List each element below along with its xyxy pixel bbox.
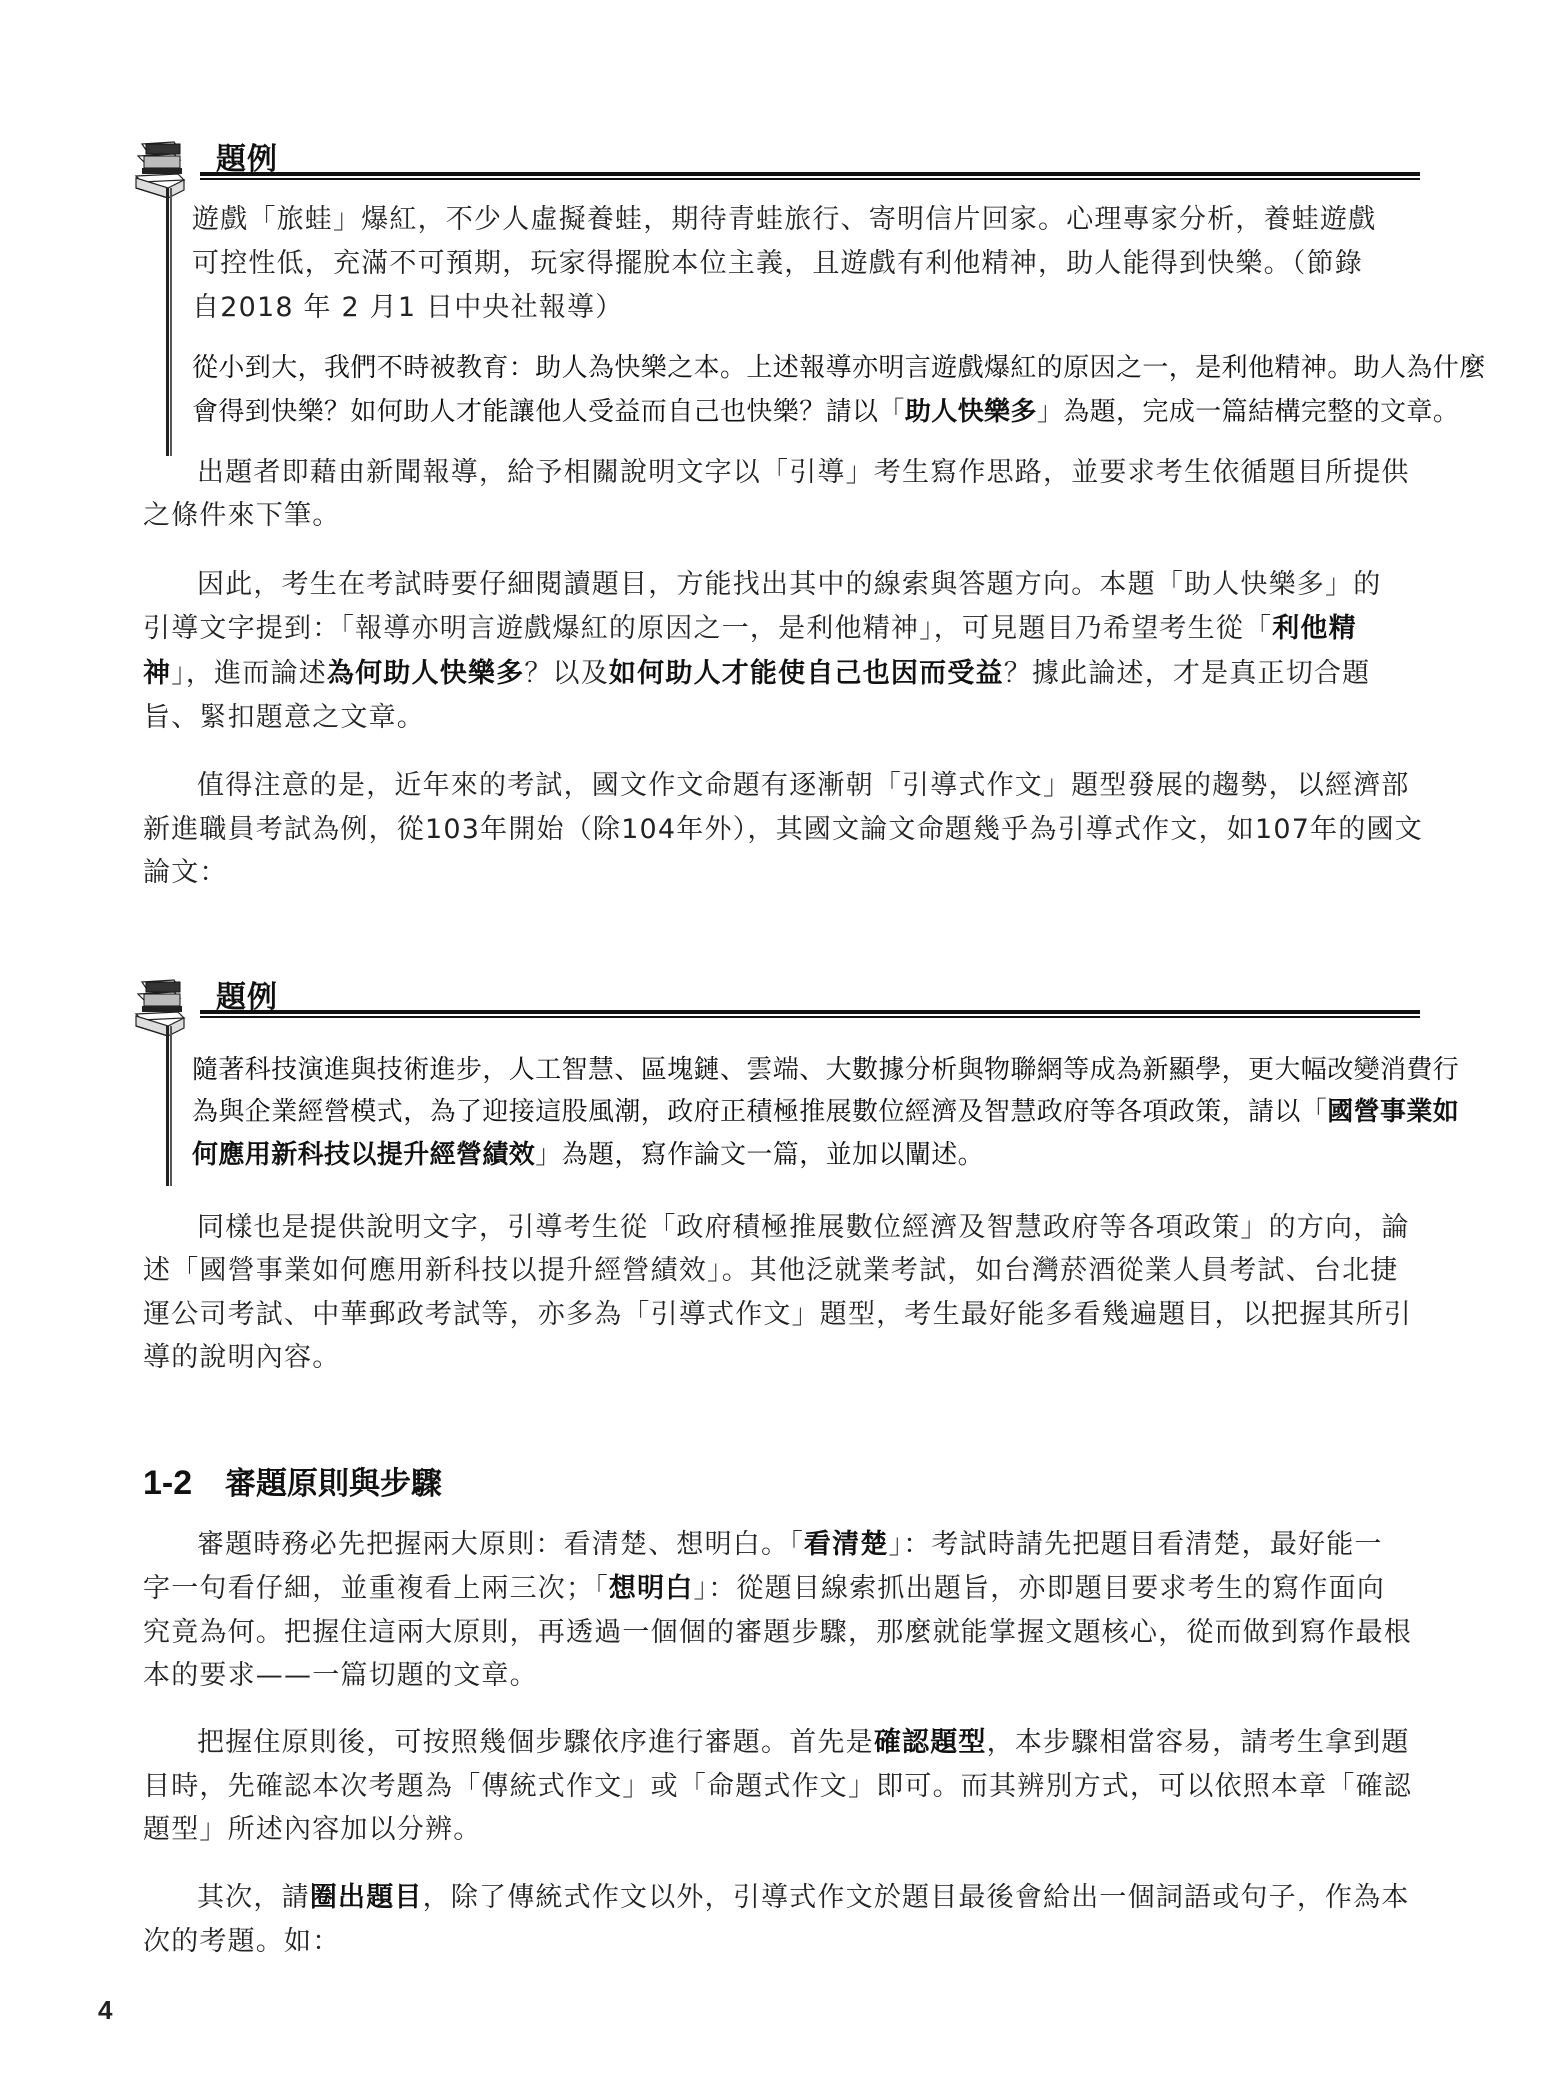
emphasis: 圈出題目 bbox=[310, 1882, 423, 1913]
emphasis: 神 bbox=[143, 658, 171, 689]
emphasis-topic: 國營事業如 bbox=[1327, 1097, 1459, 1127]
text-run: 為與企業經營模式，為了迎接這股風潮，政府正積極推展數位經濟及智慧政府等各項政策，… bbox=[192, 1097, 1327, 1127]
paragraph-line: 導的說明內容。 bbox=[143, 1340, 340, 1376]
paragraph-line: 旨、緊扣題意之文章。 bbox=[143, 700, 425, 736]
paragraph-line: 把握住原則後，可按照幾個步驟依序進行審題。首先是確認題型，本步驟相當容易，請考生… bbox=[197, 1725, 1410, 1761]
text-run: 把握住原則後，可按照幾個步驟依序進行審題。首先是 bbox=[197, 1727, 874, 1758]
emphasis: 確認題型 bbox=[874, 1727, 987, 1758]
paragraph-line: 之條件來下筆。 bbox=[143, 498, 340, 534]
paragraph-line: 值得注意的是，近年來的考試，國文作文命題有逐漸朝「引導式作文」題型發展的趨勢，以… bbox=[197, 768, 1410, 804]
book-stack-icon bbox=[134, 976, 204, 1038]
paragraph-line: 引導文字提到：「報導亦明言遊戲爆紅的原因之一，是利他精神」，可見題目乃希望考生從… bbox=[143, 611, 1357, 647]
emphasis: 利他精 bbox=[1272, 613, 1357, 644]
paragraph-line: 題型」所述內容加以分辨。 bbox=[143, 1812, 481, 1848]
header-rule bbox=[200, 172, 1420, 176]
text-run: 會得到快樂？如何助人才能讓他人受益而自己也快樂？請以「 bbox=[192, 397, 905, 427]
text-run: ，除了傳統式作文以外，引導式作文於題目最後會給出一個詞語或句子，作為本 bbox=[423, 1882, 1410, 1913]
emphasis-topic: 助人快樂多 bbox=[905, 397, 1037, 427]
text-run: 」：從題目線索抓出題旨，亦即題目要求考生的寫作面向 bbox=[694, 1573, 1386, 1604]
header-rule-thin bbox=[200, 1016, 1420, 1018]
example-box-2: 題例 隨著科技演進與技術進步，人工智慧、區塊鏈、雲端、大數據分析與物聯網等成為新… bbox=[130, 968, 1420, 1198]
text-run: 字一句看仔細，並重複看上兩三次；「 bbox=[143, 1573, 609, 1604]
example-box-1: 題例 遊戲「旅蛙」爆紅，不少人虛擬養蛙，期待青蛙旅行、寄明信片回家。心理專家分析… bbox=[130, 130, 1420, 440]
example-header: 題例 bbox=[130, 968, 1420, 1028]
header-rule-thin bbox=[200, 178, 1420, 180]
text-run: 其次，請 bbox=[197, 1882, 310, 1913]
text-run: 審題時務必先把握兩大原則：看清楚、想明白。「 bbox=[197, 1529, 804, 1560]
text-run: 」為題，完成一篇結構完整的文章。 bbox=[1037, 397, 1459, 427]
passage-line: 自2018 年 2 月1 日中央社報導） bbox=[192, 290, 623, 326]
text-run: ，本步驟相當容易，請考生拿到題 bbox=[987, 1727, 1410, 1758]
question-line: 會得到快樂？如何助人才能讓他人受益而自己也快樂？請以「助人快樂多」為題，完成一篇… bbox=[192, 394, 1459, 430]
paragraph-line: 出題者即藉由新聞報導，給予相關說明文字以「引導」考生寫作思路，並要求考生依循題目… bbox=[197, 455, 1410, 491]
emphasis-topic: 何應用新科技以提升經營績效 bbox=[192, 1140, 535, 1170]
text-run: 」，進而論述 bbox=[171, 658, 327, 689]
passage-line: 可控性低，充滿不可預期，玩家得擺脫本位主義，且遊戲有利他精神，助人能得到快樂。（… bbox=[192, 246, 1363, 282]
example-left-bar-inner bbox=[170, 188, 172, 456]
emphasis: 為何助人快樂多 bbox=[327, 658, 524, 689]
book-stack-icon bbox=[134, 138, 204, 200]
question-line: 為與企業經營模式，為了迎接這股風潮，政府正積極推展數位經濟及智慧政府等各項政策，… bbox=[192, 1094, 1459, 1130]
emphasis: 如何助人才能使自己也因而受益 bbox=[609, 658, 1004, 689]
example-left-bar bbox=[166, 1026, 169, 1186]
question-line: 隨著科技演進與技術進步，人工智慧、區塊鏈、雲端、大數據分析與物聯網等成為新顯學，… bbox=[192, 1052, 1459, 1088]
passage-line: 遊戲「旅蛙」爆紅，不少人虛擬養蛙，期待青蛙旅行、寄明信片回家。心理專家分析，養蛙… bbox=[192, 202, 1376, 238]
text-run: ？以及 bbox=[524, 658, 609, 689]
example-left-bar bbox=[166, 188, 169, 456]
section-heading: 1-2審題原則與步驟 bbox=[143, 1458, 442, 1503]
paragraph-line: 神」，進而論述為何助人快樂多？以及如何助人才能使自己也因而受益？據此論述，才是真… bbox=[143, 656, 1370, 692]
text-run: 引導文字提到：「報導亦明言遊戲爆紅的原因之一，是利他精神」，可見題目乃希望考生從… bbox=[143, 613, 1272, 644]
text-run: 」為題，寫作論文一篇，並加以闡述。 bbox=[535, 1140, 984, 1170]
header-rule bbox=[200, 1010, 1420, 1014]
paragraph-line: 論文： bbox=[143, 855, 228, 891]
paragraph-line: 其次，請圈出題目，除了傳統式作文以外，引導式作文於題目最後會給出一個詞語或句子，… bbox=[197, 1880, 1410, 1916]
paragraph-line: 究竟為何。把握住這兩大原則，再透過一個個的審題步驟，那麼就能掌握文題核心，從而做… bbox=[143, 1615, 1412, 1651]
paragraph-line: 因此，考生在考試時要仔細閱讀題目，方能找出其中的線索與答題方向。本題「助人快樂多… bbox=[197, 567, 1381, 603]
section-number: 1-2 bbox=[143, 1464, 225, 1503]
question-line: 何應用新科技以提升經營績效」為題，寫作論文一篇，並加以闡述。 bbox=[192, 1137, 984, 1173]
paragraph-line: 運公司考試、中華郵政考試等，亦多為「引導式作文」題型，考生最好能多看幾遍題目，以… bbox=[143, 1297, 1412, 1333]
paragraph-line: 字一句看仔細，並重複看上兩三次；「想明白」：從題目線索抓出題旨，亦即題目要求考生… bbox=[143, 1571, 1385, 1607]
paragraph-line: 新進職員考試為例，從103年開始（除104年外），其國文論文命題幾乎為引導式作文… bbox=[143, 812, 1423, 848]
question-line: 從小到大，我們不時被教育：助人為快樂之本。上述報導亦明言遊戲爆紅的原因之一，是利… bbox=[192, 350, 1486, 386]
example-left-bar-inner bbox=[170, 1026, 172, 1186]
page-number: 4 bbox=[98, 1995, 112, 2026]
emphasis: 想明白 bbox=[609, 1573, 694, 1604]
paragraph-line: 次的考題。如： bbox=[143, 1924, 340, 1960]
example-header: 題例 bbox=[130, 130, 1420, 190]
paragraph-line: 同樣也是提供說明文字，引導考生從「政府積極推展數位經濟及智慧政府等各項政策」的方… bbox=[197, 1210, 1410, 1246]
text-run: 」：考試時請先把題目看清楚，最好能一 bbox=[889, 1529, 1383, 1560]
paragraph-line: 本的要求——一篇切題的文章。 bbox=[143, 1658, 538, 1694]
section-title: 審題原則與步驟 bbox=[225, 1466, 442, 1502]
emphasis: 看清楚 bbox=[804, 1529, 889, 1560]
text-run: ？據此論述，才是真正切合題 bbox=[1004, 658, 1371, 689]
paragraph-line: 審題時務必先把握兩大原則：看清楚、想明白。「看清楚」：考試時請先把題目看清楚，最… bbox=[197, 1527, 1383, 1563]
paragraph-line: 述「國營事業如何應用新科技以提升經營績效」。其他泛就業考試，如台灣菸酒從業人員考… bbox=[143, 1253, 1399, 1289]
paragraph-line: 目時，先確認本次考題為「傳統式作文」或「命題式作文」即可。而其辨別方式，可以依照… bbox=[143, 1769, 1412, 1805]
